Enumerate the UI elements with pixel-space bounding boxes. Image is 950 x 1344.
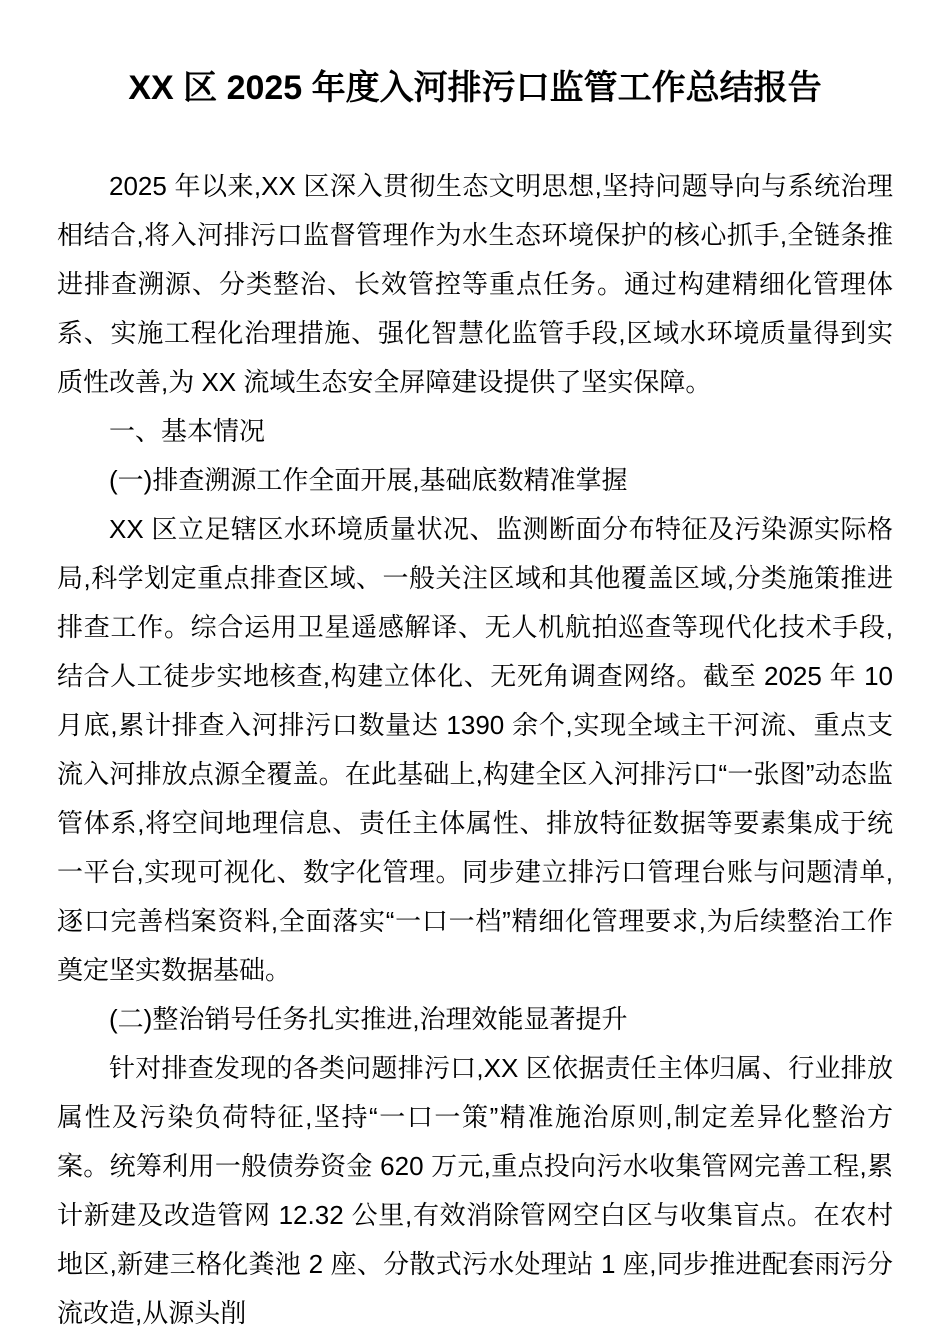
document-title: XX 区 2025 年度入河排污口监管工作总结报告 [57, 64, 893, 113]
intro-paragraph: 2025 年以来,XX 区深入贯彻生态文明思想,坚持问题导向与系统治理相结合,将… [57, 162, 893, 407]
section-1-heading: 一、基本情况 [57, 407, 893, 456]
document-page: XX 区 2025 年度入河排污口监管工作总结报告 2025 年以来,XX 区深… [0, 0, 950, 1344]
section-1-1-heading: (一)排查溯源工作全面开展,基础底数精准掌握 [57, 456, 893, 505]
section-1-1-paragraph: XX 区立足辖区水环境质量状况、监测断面分布特征及污染源实际格局,科学划定重点排… [57, 505, 893, 995]
section-1-2-paragraph: 针对排查发现的各类问题排污口,XX 区依据责任主体归属、行业排放属性及污染负荷特… [57, 1044, 893, 1338]
section-1-2-heading: (二)整治销号任务扎实推进,治理效能显著提升 [57, 995, 893, 1044]
